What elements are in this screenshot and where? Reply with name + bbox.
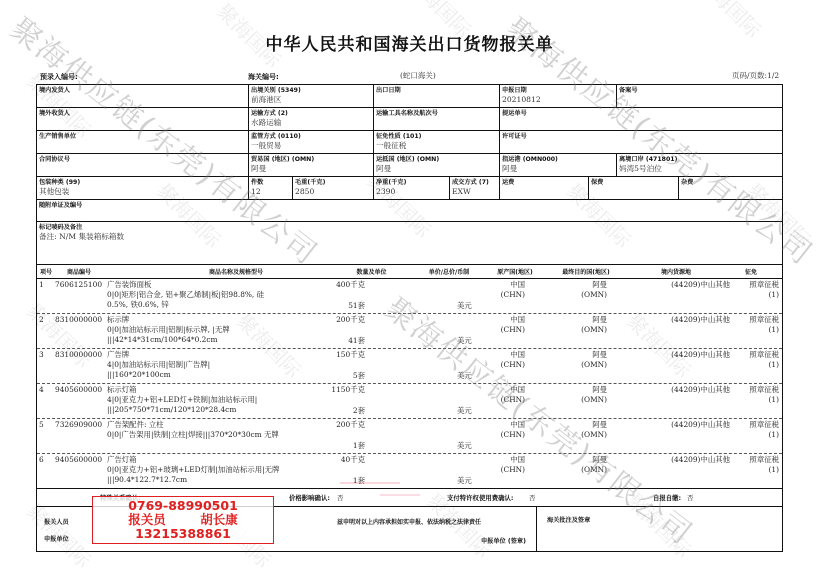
goods-row: 17606125100广告装饰面板0|0|矩形|铝合金, 铝+聚乙烯制|板|铝9…: [37, 279, 782, 314]
dest-country: 阿曼: [592, 315, 607, 325]
price-impact-value: 否: [337, 493, 343, 502]
self-declare-label: 自报自缴:: [653, 493, 681, 502]
deal-mode-label: 成交方式 (7): [452, 178, 497, 187]
levy-nature-label: 征免性质 (101): [376, 132, 497, 141]
dest-country-cell: 运抵国 (地区) (OMN) 阿曼: [374, 154, 500, 176]
currency: 美元: [457, 406, 472, 416]
documents-cell: 随附单证及编号: [37, 200, 782, 221]
gross-weight-label: 毛重(千克): [295, 178, 371, 187]
dest-country-label: 运抵国 (地区) (OMN): [376, 155, 497, 164]
vessel-cell: 运输工具名称及航次号: [374, 108, 500, 130]
col-destination: 最终目的国(地区): [546, 267, 626, 276]
hs-code: 8310000000: [55, 315, 102, 325]
legal-statement: 兹申明对以上内容承担如实申报、依法纳税之法律责任: [337, 518, 481, 527]
transport-mode-label: 运输方式 (2): [251, 109, 371, 118]
stamp-name: 胡长康: [200, 513, 238, 527]
levy-mode: 照章征税: [749, 420, 779, 430]
origin-country: 中国: [510, 455, 525, 465]
declaring-unit-label: 申报单位: [44, 535, 69, 544]
customs-no-label: 海关编号:: [248, 72, 279, 82]
vessel-label: 运输工具名称及航次号: [376, 109, 497, 118]
origin-code: (CHN): [501, 395, 525, 405]
goods-row: 38310000000广告牌4|0|加油站标示用|铝制|广告牌||||160*2…: [37, 349, 782, 384]
bill-no-label: 提运单号: [502, 109, 780, 118]
port-value: 阿曼: [502, 164, 614, 174]
levy-code: (1): [769, 325, 779, 335]
origin-code: (CHN): [501, 360, 525, 370]
col-levy: 征免: [726, 267, 776, 276]
levy-mode: 照章征税: [749, 280, 779, 290]
product-spec-2: |||205*750*71cm/120*120*28.4cm: [107, 405, 236, 415]
record-no-cell: 备案号: [617, 85, 782, 107]
transport-mode-cell: 运输方式 (2) 水路运输: [249, 108, 374, 130]
product-spec-1: 0|0|加油站标示用|铝制|标示牌, |无牌: [107, 325, 230, 335]
col-price: 单价/总价/币制: [414, 267, 484, 276]
product-spec-2: |||160*20*100cm: [107, 370, 171, 380]
goods-table-body: 17606125100广告装饰面板0|0|矩形|铝合金, 铝+聚乙烯制|板|铝9…: [37, 279, 782, 489]
exit-port-label: 离境口岸 (471801): [619, 155, 780, 164]
package-cell: 包装种类 (99) 其他包装: [37, 177, 249, 199]
levy-nature-cell: 征免性质 (101) 一般征税: [374, 131, 500, 153]
declare-date-value: 20210812: [502, 95, 614, 105]
pieces-cell: 件数 12: [249, 177, 293, 199]
qty-sets: 1套: [353, 441, 365, 451]
goods-source: (44209)中山其他: [671, 420, 730, 430]
form-row: 境外收货人 运输方式 (2) 水路运输 运输工具名称及航次号 提运单号: [37, 108, 782, 131]
net-weight-cell: 净重(千克) 2390: [374, 177, 450, 199]
freight-label: 运费: [502, 178, 586, 187]
net-weight-label: 净重(千克): [376, 178, 447, 187]
hs-code: 7606125100: [55, 280, 102, 290]
pieces-value: 12: [251, 187, 290, 197]
product-name: 广告牌: [107, 350, 129, 360]
col-source: 境内货源地: [626, 267, 726, 276]
marks-label: 标记唛码及备注: [39, 223, 780, 232]
qty-weight: 200千克: [336, 315, 365, 325]
product-spec-1: 0|0|矩形|铝合金, 铝+聚乙烯制|板|铝98.8%, 硅: [107, 290, 264, 300]
origin-country: 中国: [510, 350, 525, 360]
export-date-label: 出口日期: [376, 86, 497, 95]
item-no: 3: [39, 350, 44, 360]
declaration-form: 境内发货人 出境关别 (5349) 前海港区 出口日期 申报日期 2021081…: [36, 84, 783, 552]
currency: 美元: [457, 371, 472, 381]
origin-country: 中国: [510, 280, 525, 290]
origin-country: 中国: [510, 385, 525, 395]
form-row: 随附单证及编号: [37, 200, 782, 222]
pieces-label: 件数: [251, 178, 290, 187]
stamp-mobile: 13215388861: [93, 527, 273, 541]
customs-note-cell: 海关批注及签章: [537, 507, 782, 551]
declarant-label: 报关人员: [44, 518, 69, 527]
product-name: 广告架配件: 立柱: [107, 420, 164, 430]
dest-code: (OMN): [581, 430, 607, 440]
dest-code: (OMN): [581, 360, 607, 370]
page-indicator: 页码/页数:1/2: [732, 71, 779, 81]
product-spec-2: |||90.4*122.7*12.7cm: [107, 475, 187, 485]
origin-code: (CHN): [501, 325, 525, 335]
product-spec-1: 4|0|加油站标示用|铝制|广告牌|: [107, 360, 210, 370]
levy-code: (1): [769, 430, 779, 440]
domestic-shipper-cell: 境内发货人: [37, 85, 249, 107]
customs-office: (蛇口海关): [400, 71, 436, 81]
package-label: 包装种类 (99): [39, 178, 246, 187]
product-spec-1: 0|0|广告架用|铁制|立柱|焊接|||370*20*30cm 无牌: [107, 430, 279, 440]
form-row: 生产销售单位 监管方式 (0110) 一般贸易 征免性质 (101) 一般征税 …: [37, 131, 782, 154]
port-label: 指运港 (OMN000): [502, 155, 614, 164]
item-no: 2: [39, 315, 44, 325]
exit-customs-value: 前海港区: [251, 95, 371, 105]
levy-mode: 照章征税: [749, 315, 779, 325]
product-spec-2: |||42*14*31cm/100*64*0.2cm: [107, 335, 218, 345]
overseas-consignee-label: 境外收货人: [39, 109, 246, 118]
dest-country: 阿曼: [592, 350, 607, 360]
self-declare-value: 否: [687, 493, 693, 502]
package-value: 其他包装: [39, 187, 246, 197]
insurance-label: 保费: [591, 178, 676, 187]
dest-code: (OMN): [581, 395, 607, 405]
producer-cell: 生产销售单位: [37, 131, 249, 153]
stamp-role-row: 报关员 胡长康: [93, 513, 273, 527]
goods-source: (44209)中山其他: [671, 385, 730, 395]
dest-code: (OMN): [581, 465, 607, 475]
origin-country: 中国: [510, 420, 525, 430]
dest-country-value: 阿曼: [376, 164, 497, 174]
exit-port-value: 妈湾5号泊位: [619, 164, 780, 174]
customs-note-label: 海关批注及签章: [547, 516, 780, 525]
freight-cell: 运费: [500, 177, 589, 199]
origin-code: (CHN): [501, 290, 525, 300]
item-no: 6: [39, 455, 44, 465]
misc-fee-cell: 杂费: [679, 177, 782, 199]
goods-row: 69405600000广告灯箱0|0|亚克力+铝+玻璃+LED灯制|加油站标示用…: [37, 454, 782, 489]
hs-code: 7326909000: [55, 420, 102, 430]
royalty-value: 否: [529, 493, 535, 502]
contract-label: 合同协议号: [39, 155, 246, 164]
goods-source: (44209)中山其他: [671, 350, 730, 360]
seal-mark: [380, 494, 420, 496]
dest-country: 阿曼: [592, 420, 607, 430]
currency: 美元: [457, 476, 472, 486]
qty-weight: 200千克: [336, 420, 365, 430]
bill-no-cell: 提运单号: [500, 108, 782, 130]
exit-customs-cell: 出境关别 (5349) 前海港区: [249, 85, 374, 107]
col-origin: 原产国(地区): [484, 267, 546, 276]
product-name: 广告灯箱: [107, 455, 137, 465]
dest-country: 阿曼: [592, 455, 607, 465]
misc-fee-label: 杂费: [681, 178, 780, 187]
levy-code: (1): [769, 395, 779, 405]
supervision-value: 一般贸易: [251, 141, 371, 151]
qty-weight: 40千克: [341, 455, 365, 465]
product-spec-2: 0.5%, 铁0.6%, 锌: [107, 300, 169, 310]
record-no-label: 备案号: [619, 86, 780, 95]
net-weight-value: 2390: [376, 187, 447, 197]
levy-code: (1): [769, 465, 779, 475]
hs-code: 9405600000: [55, 385, 102, 395]
qty-weight: 1150千克: [331, 385, 365, 395]
port-cell: 指运港 (OMN000) 阿曼: [500, 154, 617, 176]
trade-country-label: 贸易国 (地区) (OMN): [251, 155, 371, 164]
unit-seal-label: 申报单位 (签章): [481, 537, 526, 546]
origin-code: (CHN): [501, 430, 525, 440]
form-row: 合同协议号 贸易国 (地区) (OMN) 阿曼 运抵国 (地区) (OMN) 阿…: [37, 154, 782, 177]
stamp-role: 报关员: [128, 513, 166, 527]
contract-cell: 合同协议号: [37, 154, 249, 176]
supervision-label: 监管方式 (0110): [251, 132, 371, 141]
currency: 美元: [457, 301, 472, 311]
qty-sets: 51套: [348, 301, 365, 311]
product-spec-1: 4|0|亚克力+铝+LED灯+铁制|加油站标示用|: [107, 395, 257, 405]
dest-country: 阿曼: [592, 280, 607, 290]
qty-weight: 150千克: [336, 350, 365, 360]
documents-label: 随附单证及编号: [39, 201, 780, 210]
qty-weight: 400千克: [336, 280, 365, 290]
product-name: 标示牌: [107, 315, 129, 325]
trade-country-cell: 贸易国 (地区) (OMN) 阿曼: [249, 154, 374, 176]
seal-mark: [340, 482, 400, 484]
royalty-label: 支付特许权使用费确认:: [447, 493, 513, 502]
gross-weight-cell: 毛重(千克) 2850: [293, 177, 374, 199]
item-no: 1: [39, 280, 44, 290]
currency: 美元: [457, 336, 472, 346]
form-row: 境内发货人 出境关别 (5349) 前海港区 出口日期 申报日期 2021081…: [37, 85, 782, 108]
levy-mode: 照章征税: [749, 385, 779, 395]
exit-port-cell: 离境口岸 (471801) 妈湾5号泊位: [617, 154, 782, 176]
origin-country: 中国: [510, 315, 525, 325]
dest-code: (OMN): [581, 325, 607, 335]
col-hs-code: 商品编号: [53, 267, 143, 276]
declarant-stamp: 0769-88990501 报关员 胡长康 13215388861: [92, 496, 274, 544]
goods-source: (44209)中山其他: [671, 280, 730, 290]
hs-code: 9405600000: [55, 455, 102, 465]
qty-sets: 41套: [348, 336, 365, 346]
marks-value: 备注: N/M 集装箱标箱数: [39, 232, 780, 242]
document-title: 中华人民共和国海关出口货物报关单: [0, 30, 819, 55]
stamp-phone: 0769-88990501: [93, 499, 273, 513]
overseas-consignee-cell: 境外收货人: [37, 108, 249, 130]
goods-source: (44209)中山其他: [671, 315, 730, 325]
form-row: 包装种类 (99) 其他包装 件数 12 毛重(千克) 2850 净重(千克) …: [37, 177, 782, 200]
transport-mode-value: 水路运输: [251, 118, 371, 128]
dest-country: 阿曼: [592, 385, 607, 395]
origin-code: (CHN): [501, 465, 525, 475]
levy-code: (1): [769, 360, 779, 370]
qty-sets: 5套: [353, 371, 365, 381]
levy-nature-value: 一般征税: [376, 141, 497, 151]
gross-weight-value: 2850: [295, 187, 371, 197]
domestic-shipper-label: 境内发货人: [39, 86, 246, 95]
goods-row: 28310000000标示牌0|0|加油站标示用|铝制|标示牌, |无牌|||4…: [37, 314, 782, 349]
goods-table-header: 项号 商品编号 商品名称及规格型号 数量及单位 单价/总价/币制 原产国(地区)…: [37, 265, 782, 279]
declare-date-label: 申报日期: [502, 86, 614, 95]
product-name: 标示灯箱: [107, 385, 137, 395]
hs-code: 8310000000: [55, 350, 102, 360]
levy-mode: 照章征税: [749, 350, 779, 360]
deal-mode-value: EXW: [452, 187, 497, 197]
product-name: 广告装饰面板: [107, 280, 151, 290]
producer-label: 生产销售单位: [39, 132, 246, 141]
marks-cell: 标记唛码及备注 备注: N/M 集装箱标箱数: [37, 222, 782, 264]
goods-source: (44209)中山其他: [671, 455, 730, 465]
trade-country-value: 阿曼: [251, 164, 371, 174]
goods-row: 57326909000广告架配件: 立柱0|0|广告架用|铁制|立柱|焊接|||…: [37, 419, 782, 454]
deal-mode-cell: 成交方式 (7) EXW: [450, 177, 500, 199]
dest-code: (OMN): [581, 290, 607, 300]
form-row: 标记唛码及备注 备注: N/M 集装箱标箱数: [37, 222, 782, 265]
levy-mode: 照章征税: [749, 455, 779, 465]
supervision-cell: 监管方式 (0110) 一般贸易: [249, 131, 374, 153]
qty-sets: 2套: [353, 406, 365, 416]
item-no: 5: [39, 420, 44, 430]
license-cell: 许可证号: [500, 131, 782, 153]
insurance-cell: 保费: [589, 177, 679, 199]
export-date-cell: 出口日期: [374, 85, 500, 107]
goods-row: 49405600000标示灯箱4|0|亚克力+铝+LED灯+铁制|加油站标示用|…: [37, 384, 782, 419]
currency: 美元: [457, 441, 472, 451]
pre-entry-no-label: 预录入编号:: [40, 72, 78, 82]
col-qty-unit: 数量及单位: [329, 267, 414, 276]
qty-sets: 1套: [353, 476, 365, 486]
exit-customs-label: 出境关别 (5349): [251, 86, 371, 95]
col-item-no: 项号: [37, 267, 53, 276]
col-name-spec: 商品名称及规格型号: [143, 267, 329, 276]
levy-code: (1): [769, 290, 779, 300]
declare-date-cell: 申报日期 20210812: [500, 85, 617, 107]
license-label: 许可证号: [502, 132, 780, 141]
product-spec-1: 0|0|亚克力+铝+玻璃+LED灯制|加油站标示用|无牌: [107, 465, 279, 475]
item-no: 4: [39, 385, 44, 395]
price-impact-label: 价格影响确认:: [289, 493, 330, 502]
